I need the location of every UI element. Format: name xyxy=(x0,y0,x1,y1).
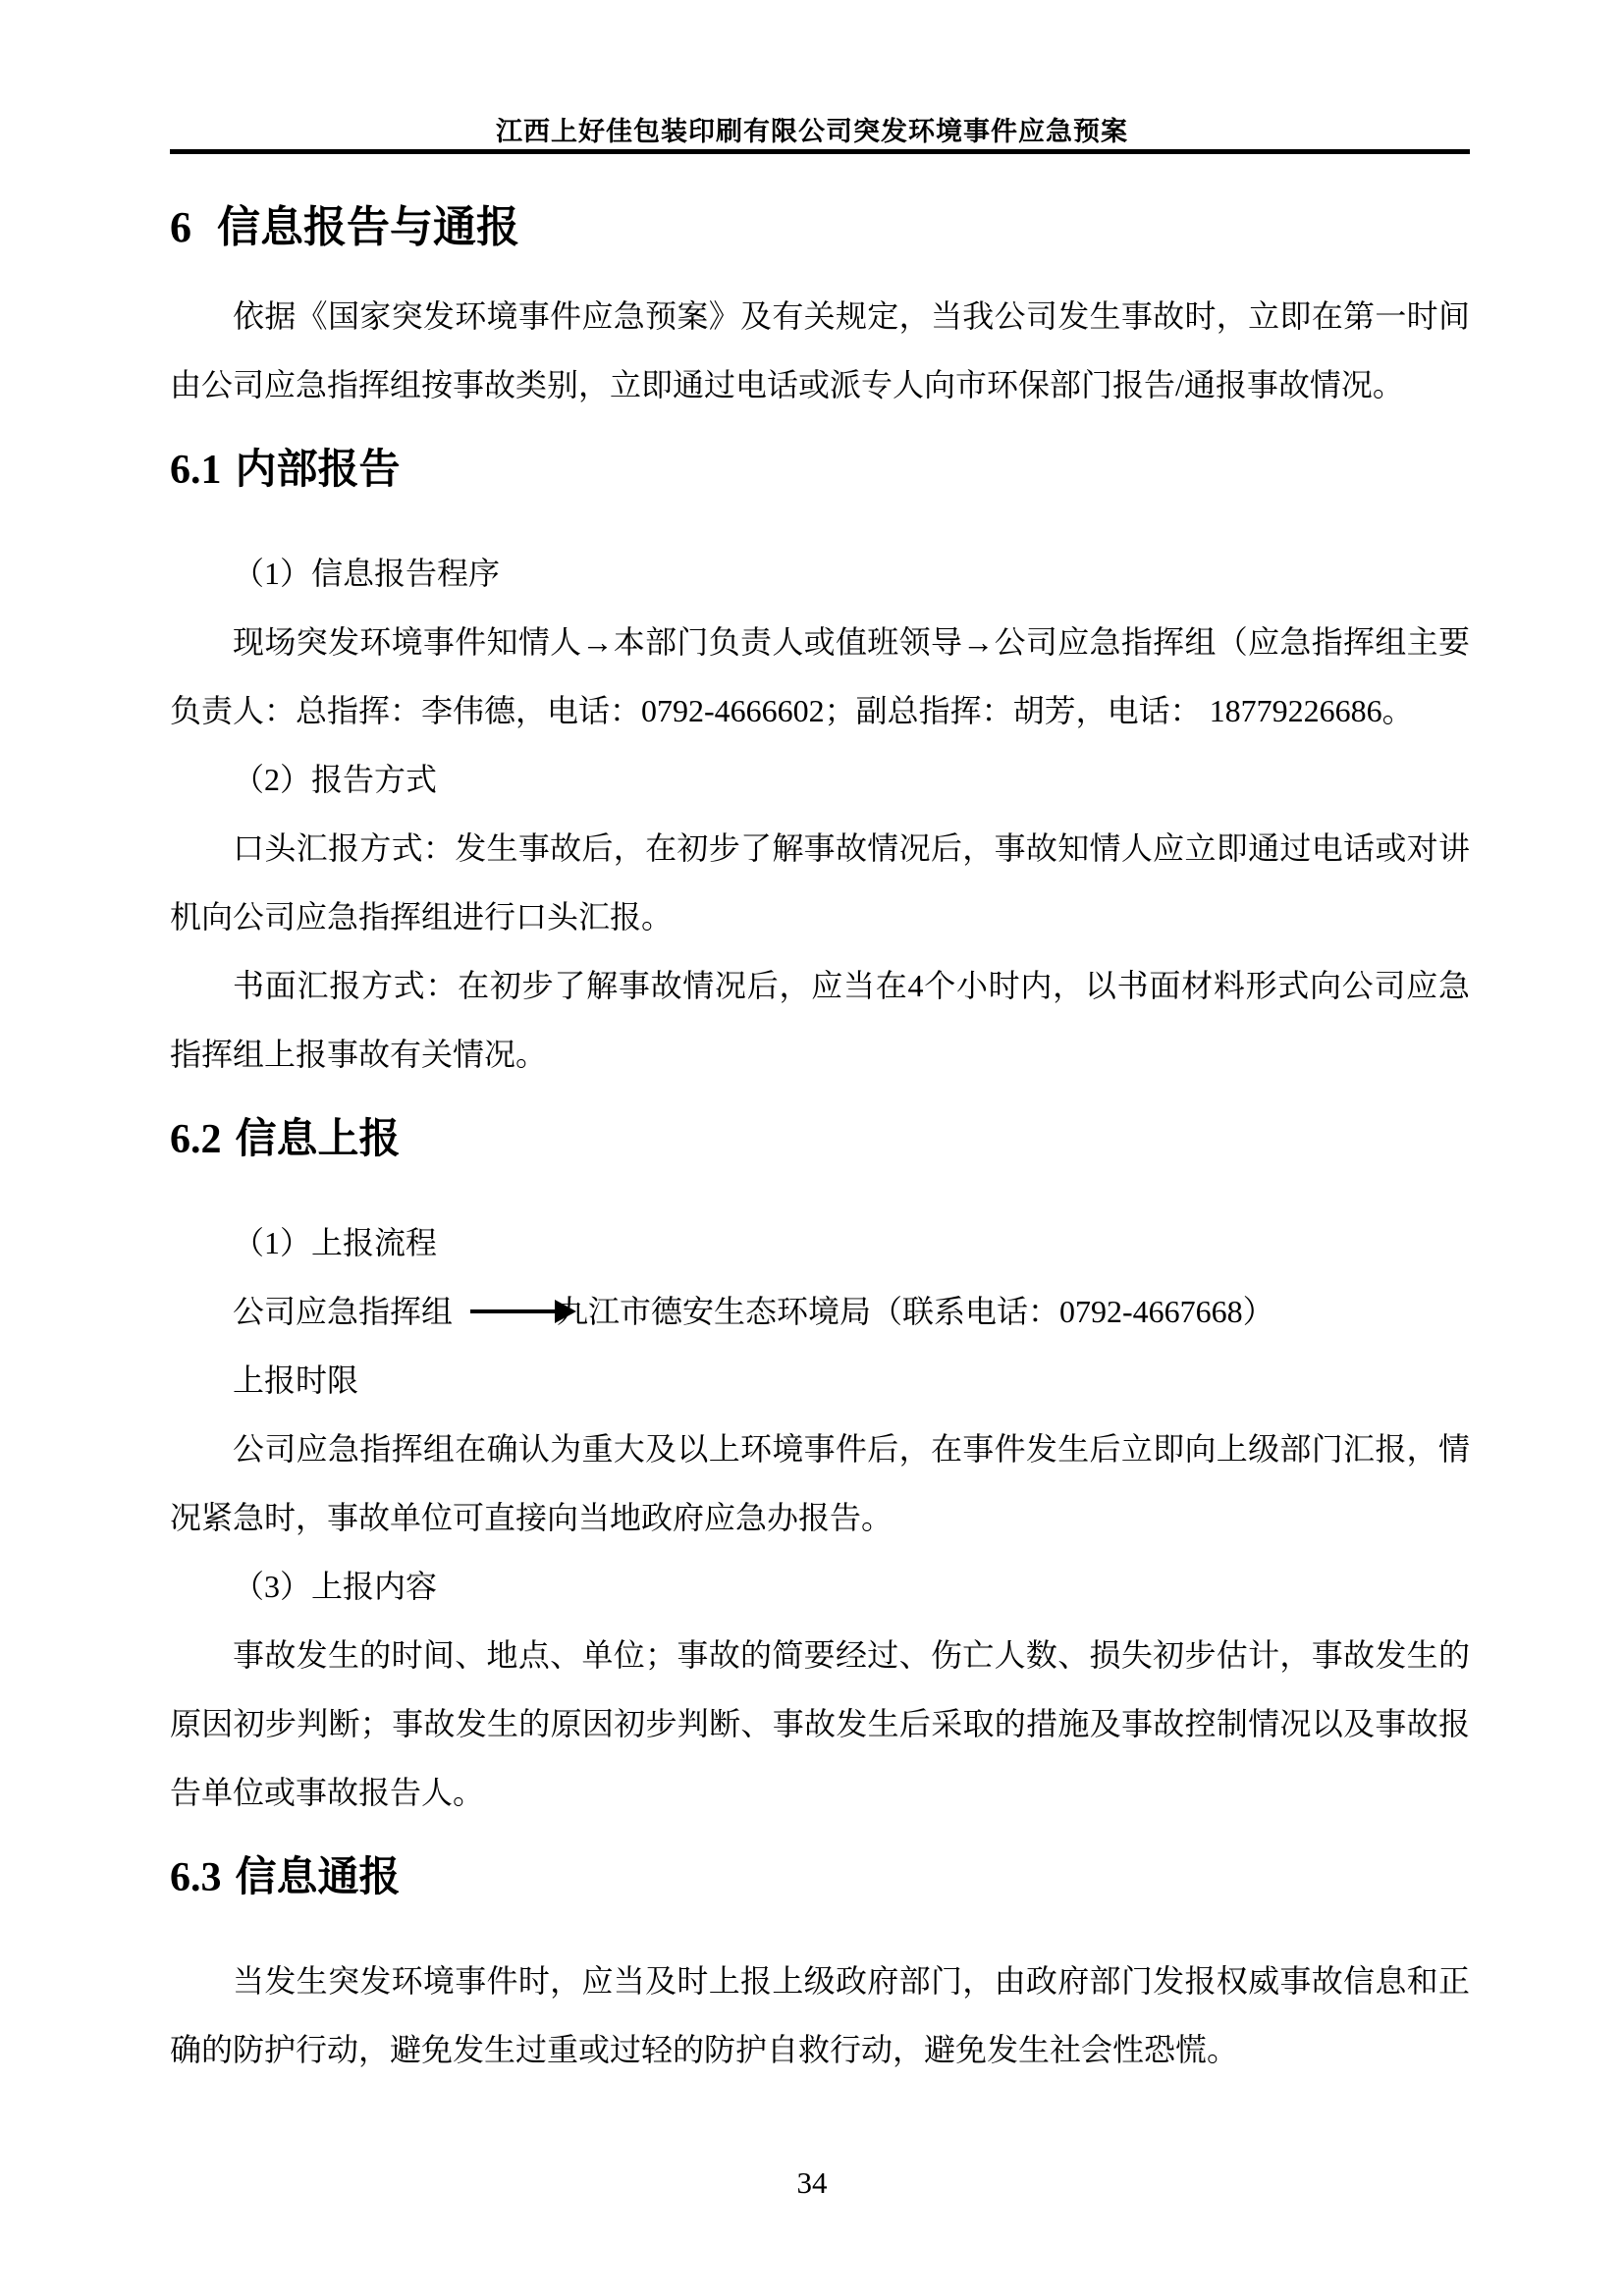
paragraph: （1）信息报告程序 xyxy=(170,539,1470,608)
paragraph: 当发生突发环境事件时，应当及时上报上级政府部门，由政府部门发报权威事故信息和正确… xyxy=(170,1947,1470,2084)
paragraph: （2）报告方式 xyxy=(170,745,1470,814)
paragraph: 公司应急指挥组在确认为重大及以上环境事件后，在事件发生后立即向上级部门汇报，情况… xyxy=(170,1415,1470,1552)
heading-6-number: 6 xyxy=(170,203,191,251)
paragraph: 书面汇报方式：在初步了解事故情况后，应当在4个小时内，以书面材料形式向公司应急指… xyxy=(170,951,1470,1089)
flow-from-text: 公司应急指挥组 xyxy=(233,1294,453,1329)
flow-to-text: 九江市德安生态环境局（联系电话：0792-4667668） xyxy=(557,1294,1274,1329)
heading-6-3-number: 6.3 xyxy=(170,1855,222,1900)
flow-arrow-icon xyxy=(470,1309,557,1313)
heading-6-1-title: 内部报告 xyxy=(236,448,401,493)
intro-paragraph: 依据《国家突发环境事件应急预案》及有关规定，当我公司发生事故时，立即在第一时间由… xyxy=(170,282,1470,419)
heading-6-2-number: 6.2 xyxy=(170,1117,222,1162)
heading-6-title: 信息报告与通报 xyxy=(217,203,519,251)
document-content: 6信息报告与通报 依据《国家突发环境事件应急预案》及有关规定，当我公司发生事故时… xyxy=(170,154,1470,2084)
paragraph: 上报时限 xyxy=(170,1346,1470,1415)
heading-6-3: 6.3信息通报 xyxy=(170,1850,1470,1905)
paragraph: 口头汇报方式：发生事故后，在初步了解事故情况后，事故知情人应立即通过电话或对讲机… xyxy=(170,814,1470,951)
paragraph: 现场突发环境事件知情人→本部门负责人或值班领导→公司应急指挥组（应急指挥组主要负… xyxy=(170,608,1470,745)
paragraph: 事故发生的时间、地点、单位；事故的简要经过、伤亡人数、损失初步估计，事故发生的原… xyxy=(170,1621,1470,1827)
heading-6-2-title: 信息上报 xyxy=(236,1117,401,1162)
report-flow-line: 公司应急指挥组九江市德安生态环境局（联系电话：0792-4667668） xyxy=(170,1277,1470,1346)
heading-6-1-number: 6.1 xyxy=(170,448,222,493)
heading-6: 6信息报告与通报 xyxy=(170,199,1470,256)
heading-6-3-title: 信息通报 xyxy=(236,1855,401,1900)
paragraph: （3）上报内容 xyxy=(170,1552,1470,1621)
running-header: 江西上好佳包装印刷有限公司突发环境事件应急预案 xyxy=(0,110,1624,148)
heading-6-2: 6.2信息上报 xyxy=(170,1112,1470,1167)
heading-6-1: 6.1内部报告 xyxy=(170,443,1470,498)
document-page: 江西上好佳包装印刷有限公司突发环境事件应急预案 6信息报告与通报 依据《国家突发… xyxy=(0,0,1624,2296)
paragraph: （1）上报流程 xyxy=(170,1208,1470,1277)
page-number: 34 xyxy=(0,2165,1624,2201)
